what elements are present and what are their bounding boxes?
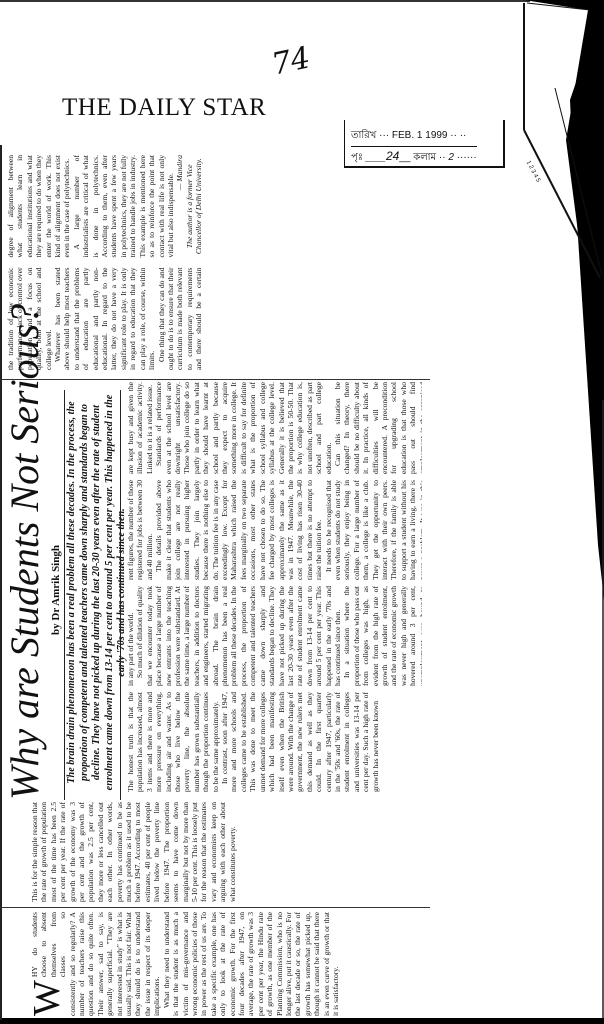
article-signature: — Mandira <box>175 155 184 258</box>
paragraph: rent figures, the number of those regist… <box>126 480 154 580</box>
column-rule <box>0 379 430 380</box>
paragraph: A large number of industrialists are cri… <box>72 155 175 258</box>
paragraph: in any part of the world. <box>126 586 135 686</box>
paragraph: What they need to understand is that the… <box>162 912 341 1016</box>
author-note: The author is a former Vice Chancellor o… <box>185 155 204 258</box>
newspaper-article: Why are Students Not Serious? by Dr Amri… <box>0 145 430 1020</box>
article-headline: Why are Students Not Serious? <box>0 380 50 800</box>
article-byline: by Dr Amrik Singh <box>50 380 62 800</box>
paragraph: Can this situation be changed? In theory… <box>333 382 422 474</box>
article-column-6: are kept busy and given the illusion of … <box>126 382 422 474</box>
paragraph: It needs to be recognised that even when… <box>324 480 422 580</box>
article-column-2: This is for the simple reason that the r… <box>30 802 420 902</box>
article-column-3: The honest truth is that the population … <box>126 692 422 792</box>
drop-cap: W <box>32 980 62 1016</box>
paragraph: So much of dilution of quality that we e… <box>135 586 342 686</box>
article-column-4: in any part of the world. So much of dil… <box>126 586 422 686</box>
paragraph: are kept busy and given the illusion of … <box>126 382 154 474</box>
article-column-5: rent figures, the number of those regist… <box>126 480 422 580</box>
article-column-1: WHY do students choose to absent themsel… <box>30 912 420 1016</box>
paragraph: the tradition of low economic performanc… <box>6 268 53 371</box>
paragraph: Whatever has been stated above should he… <box>53 268 156 371</box>
article-column-7: the tradition of low economic performanc… <box>6 155 420 370</box>
column-rule <box>0 907 430 908</box>
paragraph: Standards of performance even at the sch… <box>154 382 333 474</box>
paragraph: The details provided above make it clear… <box>154 480 323 580</box>
paragraph: The honest truth is that the population … <box>126 692 220 792</box>
paragraph: WHY do students choose to absent themsel… <box>30 912 162 1016</box>
paragraph: This is for the simple reason that the r… <box>30 802 237 902</box>
paragraph: In a situation where the proportion of t… <box>342 586 422 686</box>
deck-rule <box>64 390 65 800</box>
paragraph: In contrast, soon after 1947, more and m… <box>220 692 380 792</box>
deck-rule <box>120 390 121 800</box>
